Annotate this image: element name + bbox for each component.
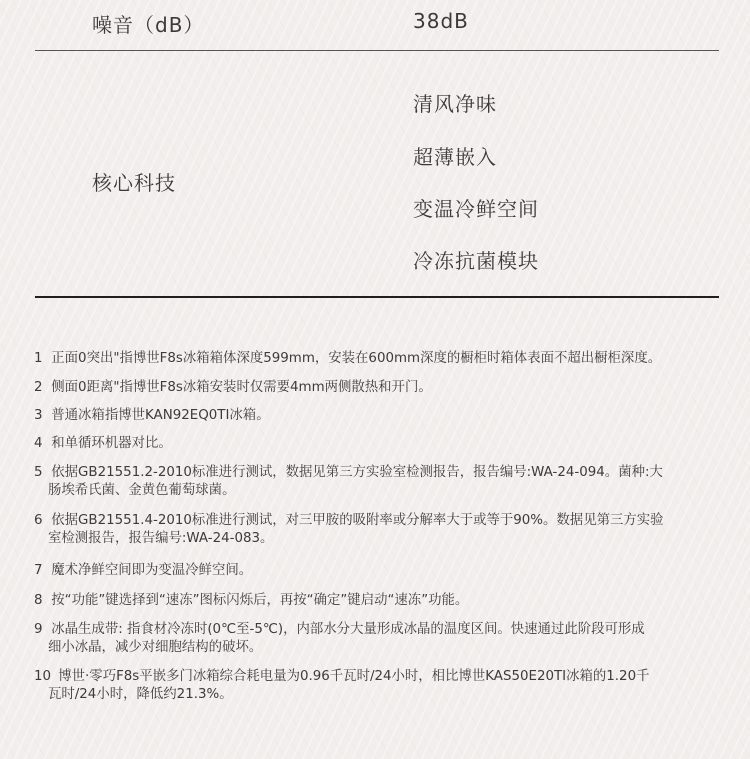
footnote-text: 依据GB21551.4-2010标准进行测试，对三甲胺的吸附率或分解率大于或等于… <box>51 513 663 528</box>
footnote-text: 按“功能”键选择到“速冻”图标闪烁后，再按“确定”键启动“速冻”功能。 <box>51 593 468 608</box>
spec-value-noise: 38dB <box>413 9 469 33</box>
footnote-number: 4 <box>34 435 47 453</box>
footnote-text-continued: 室检测报告，报告编号:WA-24-083。 <box>34 530 724 548</box>
spec-value-core-tech-3: 变温冷鲜空间 <box>413 193 539 222</box>
footnote-text: 魔术净鲜空间即为变温冷鲜空间。 <box>51 563 252 578</box>
footnote-5: 5 依据GB21551.2-2010标准进行测试，数据见第三方实验室检测报告，报… <box>34 464 724 500</box>
footnote-6: 6 依据GB21551.4-2010标准进行测试，对三甲胺的吸附率或分解率大于或… <box>34 512 724 548</box>
spec-label-noise: 噪音（dB） <box>92 9 204 38</box>
footnote-text-continued: 肠埃希氏菌、金黄色葡萄球菌。 <box>34 482 724 500</box>
spec-value-core-tech-2: 超薄嵌入 <box>413 141 497 170</box>
footnote-number: 8 <box>34 592 47 610</box>
footnote-10: 10 博世·零巧F8s平嵌多门冰箱综合耗电量为0.96千瓦时/24小时，相比博世… <box>34 668 724 704</box>
footnote-text: 侧面0距离"指博世F8s冰箱安装时仅需要4mm两侧散热和开门。 <box>51 380 431 395</box>
footnote-7: 7 魔术净鲜空间即为变温冷鲜空间。 <box>34 562 724 580</box>
spec-value-core-tech-4: 冷冻抗菌模块 <box>413 245 539 274</box>
footnote-number: 6 <box>34 512 47 530</box>
footnote-number: 10 <box>34 668 54 686</box>
footnote-text: 博世·零巧F8s平嵌多门冰箱综合耗电量为0.96千瓦时/24小时，相比博世KAS… <box>58 669 649 684</box>
footnote-number: 9 <box>34 621 47 639</box>
footnote-2: 2 侧面0距离"指博世F8s冰箱安装时仅需要4mm两侧散热和开门。 <box>34 379 724 397</box>
footnote-text: 普通冰箱指博世KAN92EQ0TI冰箱。 <box>51 408 269 423</box>
footnote-3: 3 普通冰箱指博世KAN92EQ0TI冰箱。 <box>34 407 724 425</box>
spec-value-core-tech-1: 清风净味 <box>413 88 497 117</box>
footnote-number: 2 <box>34 379 47 397</box>
footnote-number: 1 <box>34 350 47 368</box>
table-bottom-divider <box>35 296 719 298</box>
footnote-1: 1 正面0突出"指博世F8s冰箱箱体深度599mm，安装在600mm深度的橱柜时… <box>34 350 724 368</box>
footnote-number: 7 <box>34 562 47 580</box>
footnote-text: 正面0突出"指博世F8s冰箱箱体深度599mm，安装在600mm深度的橱柜时箱体… <box>51 351 661 366</box>
footnote-text-continued: 细小冰晶，减少对细胞结构的破坏。 <box>34 639 724 657</box>
footnote-number: 3 <box>34 407 47 425</box>
footnote-8: 8 按“功能”键选择到“速冻”图标闪烁后，再按“确定”键启动“速冻”功能。 <box>34 592 724 610</box>
footnote-4: 4 和单循环机器对比。 <box>34 435 724 453</box>
footnote-9: 9 冰晶生成带: 指食材冷冻时(0℃至-5℃)，内部水分大量形成冰晶的温度区间。… <box>34 621 724 657</box>
footnote-text: 和单循环机器对比。 <box>51 436 172 451</box>
footnote-text-continued: 瓦时/24小时，降低约21.3%。 <box>34 686 724 704</box>
spec-label-core-tech: 核心科技 <box>92 167 176 196</box>
footnote-number: 5 <box>34 464 47 482</box>
footnote-text: 冰晶生成带: 指食材冷冻时(0℃至-5℃)，内部水分大量形成冰晶的温度区间。快速… <box>51 622 644 637</box>
row-divider <box>35 50 719 51</box>
footnote-text: 依据GB21551.2-2010标准进行测试，数据见第三方实验室检测报告，报告编… <box>51 465 663 480</box>
